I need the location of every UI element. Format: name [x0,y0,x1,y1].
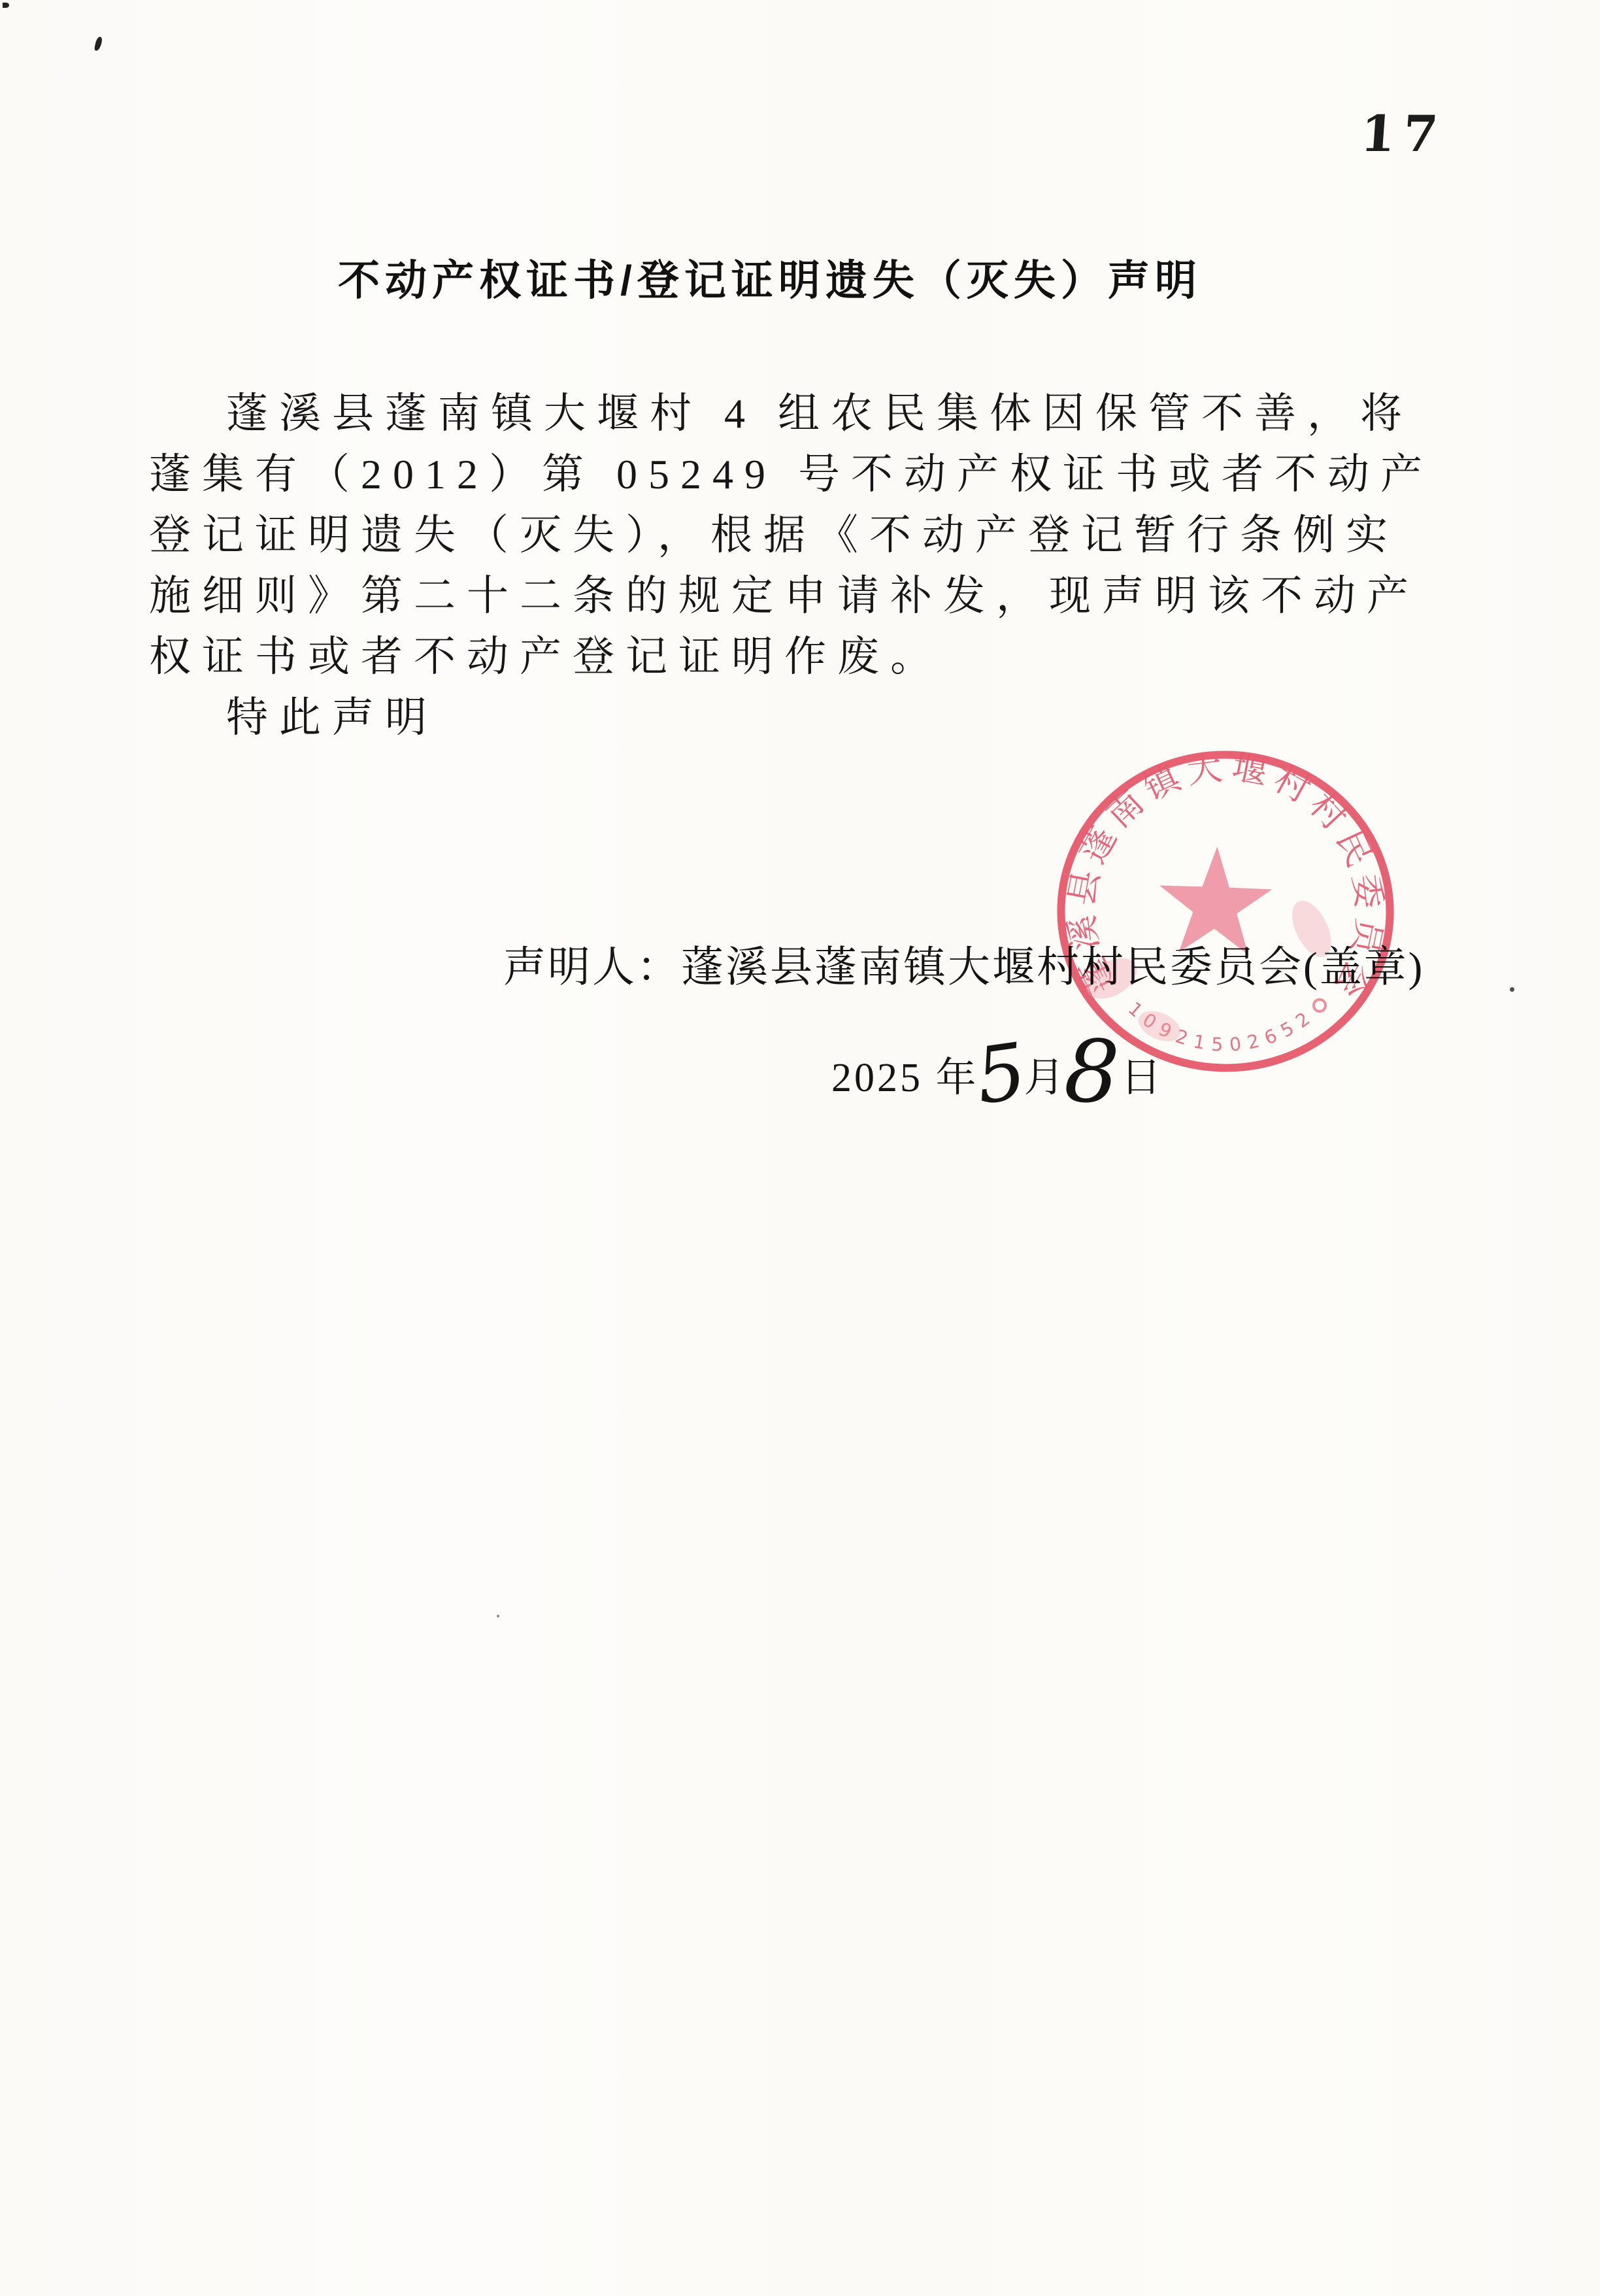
scan-speck [1510,987,1514,992]
stamp-star-icon [1158,845,1274,956]
stamp-serial-textpath: 5109215026520 [1008,694,1331,1059]
body-line-4: 施细则》第二十二条的规定申请补发，现声明该不动产 [149,566,1464,626]
body-line-3: 登记证明遗失（灭失），根据《不动产登记暂行条例实 [149,505,1464,566]
body-line-2: 蓬集有（2012）第 05249 号不动产权证书或者不动产 [149,444,1464,505]
stamp-serial-number: 5109215026520 [1008,694,1331,1059]
date-year: 2025 [831,1056,923,1100]
scan-speck [3,3,9,8]
body-line-5: 权证书或者不动产登记证明作废。 [149,626,1464,687]
scan-speck [497,1615,499,1617]
official-seal-stamp: 蓬溪县蓬南镇大堰村村民委员会 5109215026520 [1008,694,1443,1129]
scanned-document-page: 17 不动产权证书/登记证明遗失（灭失）声明 蓬溪县蓬南镇大堰村 4 组农民集体… [0,0,1600,2296]
scan-speck [94,36,103,51]
page-number: 17 [1359,105,1448,163]
document-body: 蓬溪县蓬南镇大堰村 4 组农民集体因保管不善，将 蓬集有（2012）第 0524… [149,383,1464,748]
body-line-1: 蓬溪县蓬南镇大堰村 4 组农民集体因保管不善，将 [149,383,1464,444]
date-year-label: 年 [936,1056,979,1100]
document-title: 不动产权证书/登记证明遗失（灭失）声明 [0,247,1540,307]
